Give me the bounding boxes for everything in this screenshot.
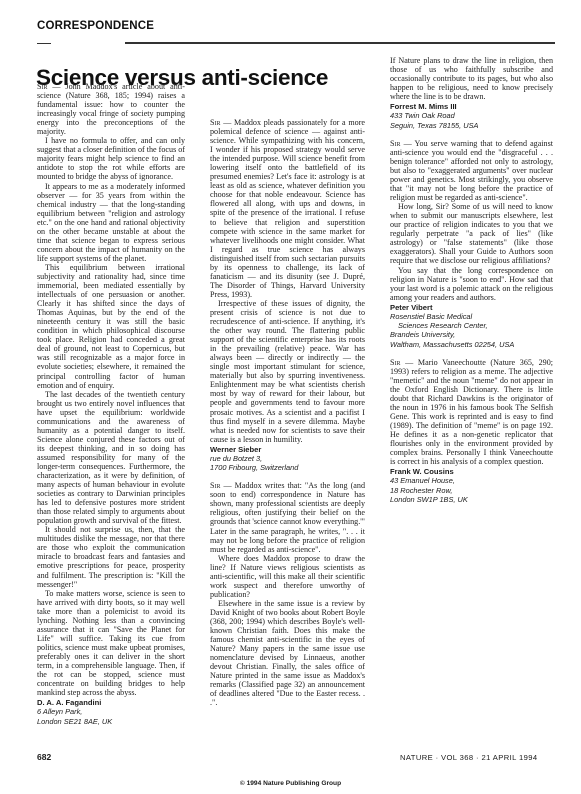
- letter-1-author: D. A. A. Fagandini: [37, 698, 185, 707]
- letter-2-author: Werner Sieber: [210, 445, 365, 454]
- letter-4-address: Waltham, Massachusetts 02254, USA: [390, 340, 553, 349]
- letter-1-paragraph: Sir — John Maddox's article about anti-s…: [37, 82, 185, 136]
- column-1: Sir — John Maddox's article about anti-s…: [37, 82, 185, 726]
- letter-2-address: 1700 Fribourg, Switzerland: [210, 463, 365, 472]
- letter-3-paragraph: Sir — Maddox writes that: "As the long (…: [210, 481, 365, 553]
- letter-1-paragraph: It should not surprise us, then, that th…: [37, 525, 185, 588]
- letter-1-paragraph: The last decades of the twentieth centur…: [37, 390, 185, 526]
- letter-4-paragraph: You say that the long correspondence on …: [390, 266, 553, 302]
- section-rule: [37, 43, 51, 44]
- page-number: 682: [37, 752, 51, 762]
- letter-3-paragraph: If Nature plans to draw the line in reli…: [390, 56, 553, 101]
- letter-4-address: Sciences Research Center,: [390, 321, 553, 330]
- letter-2-paragraph: Irrespective of these issues of dignity,…: [210, 299, 365, 444]
- letter-3-address: 433 Twin Oak Road: [390, 111, 553, 120]
- letter-5-address: London SW1P 1BS, UK: [390, 495, 553, 504]
- letter-5-address: 18 Rochester Row,: [390, 486, 553, 495]
- letter-1-address: 6 Alleyn Park,: [37, 707, 185, 716]
- letter-3-paragraph: Elsewhere in the same issue is a review …: [210, 599, 365, 708]
- letter-1-paragraph: This equilibrium between irrational subj…: [37, 263, 185, 390]
- letter-2-address: rue du Botzet 3,: [210, 454, 365, 463]
- letter-2-paragraph: Sir — Maddox pleads passionately for a m…: [210, 118, 365, 299]
- letter-3-paragraph: Where does Maddox propose to draw the li…: [210, 554, 365, 599]
- letter-4-address: Rosenstiel Basic Medical: [390, 312, 553, 321]
- letter-5-address: 43 Emanuel House,: [390, 476, 553, 485]
- letter-5-paragraph: Sir — Mario Vaneechoutte (Nature 365, 29…: [390, 358, 553, 467]
- copyright-notice: © 1994 Nature Publishing Group: [0, 780, 581, 787]
- letter-4-paragraph: How long, Sir? Some of us will need to k…: [390, 202, 553, 265]
- letter-5-author: Frank W. Cousins: [390, 467, 553, 476]
- issue-footer: NATURE · VOL 368 · 21 APRIL 1994: [400, 753, 537, 762]
- letter-1-paragraph: I have no formula to offer, and can only…: [37, 136, 185, 181]
- letter-3-author: Forrest M. Mims III: [390, 102, 553, 111]
- letter-3-address: Seguin, Texas 78155, USA: [390, 121, 553, 130]
- section-rule: [125, 42, 555, 44]
- letter-4-paragraph: Sir — You serve warning that to defend a…: [390, 139, 553, 202]
- letter-1-address: London SE21 8AE, UK: [37, 717, 185, 726]
- section-label: CORRESPONDENCE: [37, 20, 154, 32]
- letter-4-address: Brandeis University,: [390, 330, 553, 339]
- column-3: If Nature plans to draw the line in reli…: [390, 56, 553, 504]
- letter-1-paragraph: It appears to me as a moderately informe…: [37, 182, 185, 263]
- column-2: Sir — Maddox pleads passionately for a m…: [210, 82, 365, 707]
- letter-1-paragraph: To make matters worse, science is seen t…: [37, 589, 185, 698]
- letter-4-author: Peter Vibert: [390, 303, 553, 312]
